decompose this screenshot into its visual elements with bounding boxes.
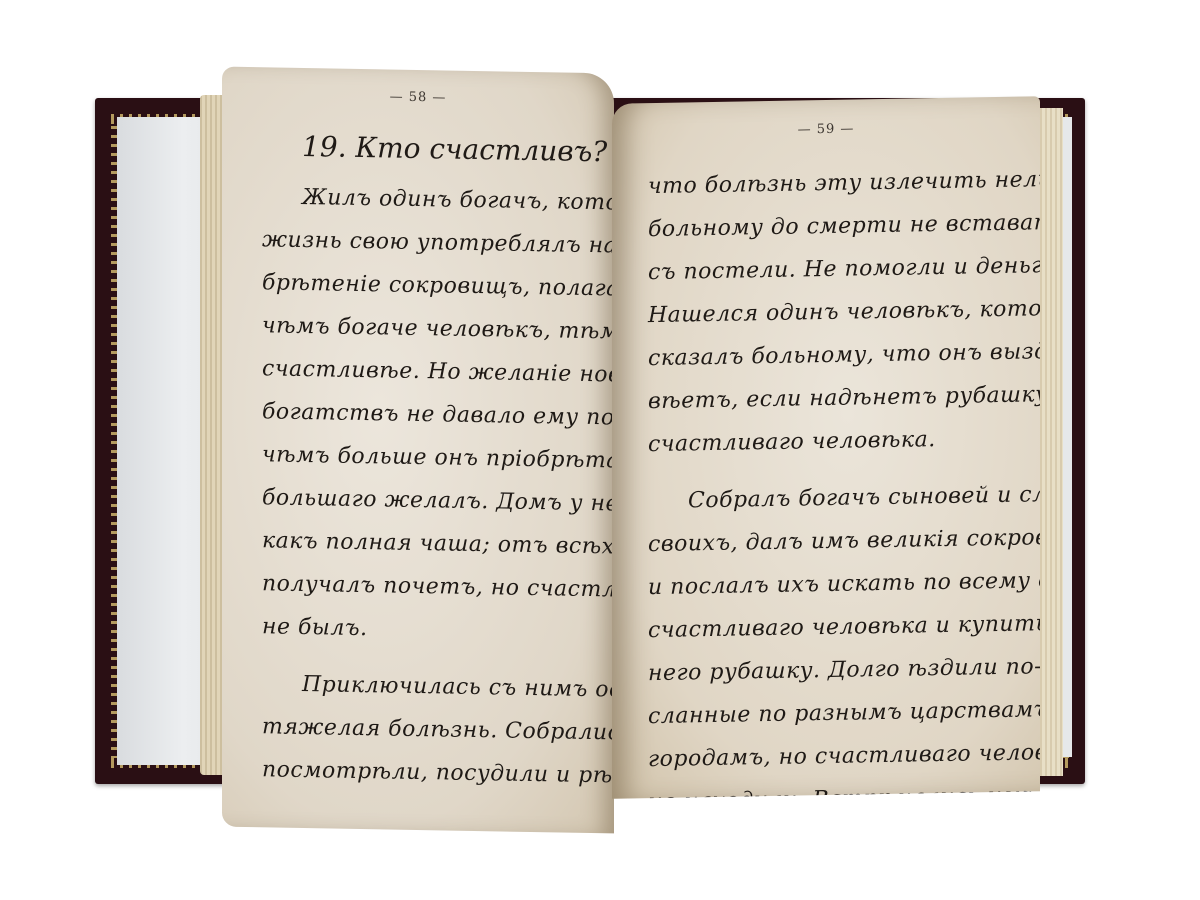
text-line: и послалъ ихъ искать по всему свѣту — [648, 560, 1018, 609]
text-line: сланные по разнымъ царствамъ и — [648, 689, 1018, 738]
text-line: чѣмъ больше онъ пріобрѣталъ, тѣмъ — [262, 433, 604, 482]
text-line: своихъ, далъ имъ великія сокровища — [648, 517, 1018, 566]
left-page-text: Жилъ одинъ богачъ, который весь жизнь св… — [262, 175, 604, 797]
text-line: чѣмъ богаче человѣкъ, тѣмъ онъ — [262, 304, 604, 353]
text-line: больному до смерти не вставать — [648, 202, 1018, 251]
text-line: него рубашку. Долго ѣздили по- — [648, 646, 1018, 695]
right-page-text: что болѣзнь эту излечить нельзя, и больн… — [648, 159, 1018, 799]
text-line: съ постели. Не помогли и деньги. — [648, 245, 1018, 294]
text-line: счастливаго человѣка. — [648, 417, 1018, 466]
text-line: какъ полная чаша; отъ всѣхъ онъ — [262, 519, 604, 568]
text-line: что болѣзнь эту излечить нельзя, и — [648, 159, 1018, 208]
text-line: Собралъ богачъ сыновей и слугъ — [648, 474, 1018, 523]
text-line: городамъ, но счастливаго человѣка — [648, 732, 1018, 781]
text-line: посмотрѣли, посудили и рѣшили, — [262, 748, 604, 797]
text-line: не былъ. — [262, 605, 604, 654]
text-line: вѣетъ, если надѣнетъ рубашку — [648, 374, 1018, 423]
text-line: сказалъ больному, что онъ выздоро- — [648, 331, 1018, 380]
text-line: счастливѣе. Но желаніе новыхъ — [262, 347, 604, 396]
text-line: получалъ почетъ, но счастливымъ — [262, 562, 604, 611]
text-line: счастливаго человѣка и купить у — [648, 603, 1018, 652]
text-line: богатствъ не давало ему покоя: — [262, 390, 604, 439]
right-page: — 59 — что болѣзнь эту излечить нельзя, … — [612, 96, 1040, 798]
text-line: Нашелся одинъ человѣкъ, который — [648, 288, 1018, 337]
text-line: большаго желалъ. Домъ у него былъ, — [262, 476, 604, 525]
text-line: Жилъ одинъ богачъ, который весь — [262, 175, 604, 224]
text-line: Приключилась съ нимъ однажды — [262, 662, 604, 711]
chapter-title: 19. Кто счастливъ? — [302, 130, 607, 168]
page-number: — 58 — — [222, 87, 614, 109]
page-number: — 59 — — [612, 118, 1040, 140]
text-line: тяжелая болѣзнь. Собрались врачи, — [262, 705, 604, 754]
text-line: жизнь свою употреблялъ на пріо- — [262, 218, 604, 267]
left-page: — 58 — 19. Кто счастливъ? Жилъ одинъ бог… — [222, 67, 614, 834]
text-line: брѣтеніе сокровищъ, полагая, что — [262, 261, 604, 310]
